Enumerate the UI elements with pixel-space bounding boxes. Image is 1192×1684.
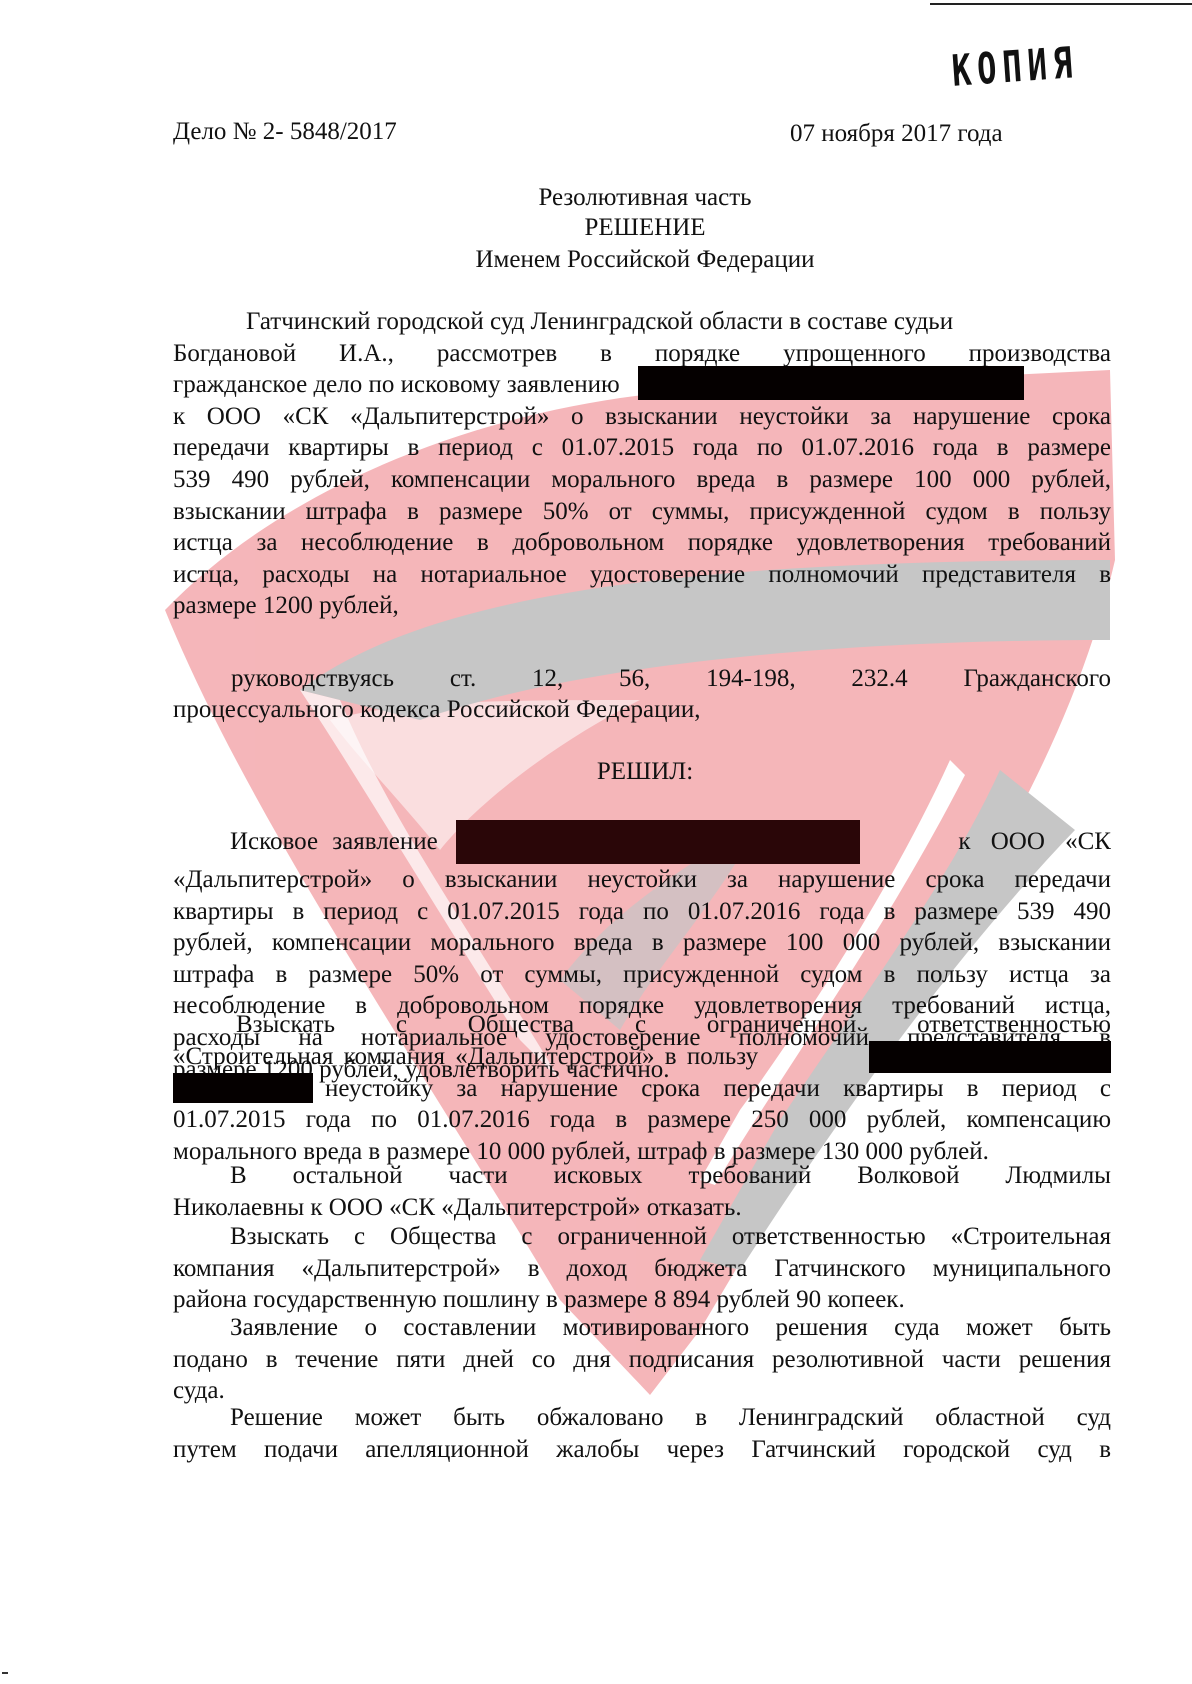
- denial-paragraph: ВостальнойчастиисковыхтребованийВолковой…: [173, 1160, 1111, 1223]
- text-line: Гатчинский городской суд Ленинградской о…: [173, 306, 1111, 338]
- text-word: 194-198,: [706, 663, 796, 694]
- text-word: остальной: [293, 1160, 403, 1192]
- text-line: взыскании штрафа в размере 50% от суммы,…: [173, 496, 1111, 528]
- document-part-label: Резолютивная часть: [0, 184, 1192, 212]
- text-line: 539 490 рублей, компенсации морального в…: [173, 464, 1111, 496]
- state-duty-paragraph: Взыскать с Общества с ограниченной ответ…: [173, 1221, 1111, 1316]
- text-word: с: [635, 1009, 646, 1041]
- text-line: компания «Дальпитерстрой» в доход бюджет…: [173, 1253, 1111, 1285]
- text-line: гражданское дело по исковому заявлению: [173, 369, 1111, 401]
- text-word: 12,: [532, 663, 563, 694]
- text-line: к ООО «СК «Дальпитерстрой» о взыскании н…: [173, 401, 1111, 433]
- text-line: «Дальпитерстрой» о взыскании неустойки з…: [173, 864, 1111, 896]
- text-word: 232.4: [851, 663, 907, 694]
- text-line: Исковое заявление к ООО «СК: [173, 820, 1111, 864]
- text-word: ст.: [450, 663, 476, 694]
- text-word: Волковой: [857, 1160, 959, 1192]
- text-word: ответственностью: [917, 1009, 1111, 1041]
- redaction-block: [638, 366, 1024, 400]
- copy-stamp: КОПИЯ: [950, 37, 1080, 97]
- redaction-block: [173, 1073, 313, 1103]
- document-text: КОПИЯ Дело № 2- 5848/2017 07 ноября 2017…: [0, 0, 1192, 1684]
- text-word: руководствуясь: [231, 663, 394, 694]
- decided-heading: РЕШИЛ:: [0, 758, 1192, 786]
- text-line: Взыскать с Общества с ограниченной ответ…: [173, 1221, 1111, 1253]
- text-word: Общества: [468, 1009, 574, 1041]
- text-line: Николаевны к ООО «СК «Дальпитерстрой» от…: [173, 1192, 1111, 1224]
- text-line: квартиры в период с 01.07.2015 года по 0…: [173, 896, 1111, 928]
- text-line: передачи квартиры в период с 01.07.2015 …: [173, 432, 1111, 464]
- text-line: процессуального кодекса Российской Федер…: [173, 694, 1111, 725]
- text-word: 56,: [619, 663, 650, 694]
- text-line: 01.07.2015 года по 01.07.2016 года в раз…: [173, 1104, 1111, 1136]
- decision-date: 07 ноября 2017 года: [790, 120, 1003, 148]
- text-line: штрафа в размере 50% от суммы, присужден…: [173, 959, 1111, 991]
- text-line: руководствуясьст.12,56,194-198,232.4Граж…: [173, 663, 1111, 694]
- text-word: Гражданского: [963, 663, 1111, 694]
- redaction-block: [869, 1041, 1111, 1073]
- text-line: ВзыскатьсОбществасограниченнойответствен…: [173, 1009, 1111, 1041]
- motivated-decision-paragraph: Заявление о составлении мотивированного …: [173, 1312, 1111, 1407]
- text-span: к ООО «СК: [860, 826, 1111, 858]
- text-line: путем подачи апелляционной жалобы через …: [173, 1434, 1111, 1466]
- text-word: В: [230, 1160, 247, 1192]
- recovery-paragraph: ВзыскатьсОбществасограниченнойответствен…: [173, 1009, 1111, 1167]
- case-number: Дело № 2- 5848/2017: [173, 118, 397, 146]
- text-line: истца за несоблюдение в добровольном пор…: [173, 527, 1111, 559]
- legal-basis-paragraph: руководствуясьст.12,56,194-198,232.4Граж…: [173, 663, 1111, 725]
- text-line: размере 1200 рублей,: [173, 590, 1111, 622]
- text-line: рублей, компенсации морального вреда в р…: [173, 927, 1111, 959]
- document-subtitle: Именем Российской Федерации: [0, 246, 1192, 274]
- text-span: гражданское дело по исковому заявлению: [173, 371, 620, 398]
- text-line: подано в течение пяти дней со дня подпис…: [173, 1344, 1111, 1376]
- redaction-block: [456, 820, 860, 864]
- appeal-paragraph: Решение может быть обжаловано в Ленингра…: [173, 1402, 1111, 1465]
- text-line: Решение может быть обжаловано в Ленингра…: [173, 1402, 1111, 1434]
- text-word: требований: [689, 1160, 812, 1192]
- text-word: Взыскать: [236, 1009, 335, 1041]
- text-span: Исковое заявление: [230, 826, 438, 858]
- text-word: Людмилы: [1005, 1160, 1111, 1192]
- document-title: РЕШЕНИЕ: [0, 214, 1192, 242]
- text-span: «Строительная компания «Дальпитерстрой» …: [173, 1041, 758, 1073]
- text-span: Гатчинский городской суд Ленинградской о…: [246, 306, 953, 338]
- text-word: части: [449, 1160, 508, 1192]
- text-span: неустойку за нарушение срока передачи кв…: [325, 1073, 1111, 1105]
- text-line: истца, расходы на нотариальное удостовер…: [173, 559, 1111, 591]
- document-page: КОПИЯ Дело № 2- 5848/2017 07 ноября 2017…: [0, 0, 1192, 1684]
- text-line: неустойку за нарушение срока передачи кв…: [173, 1073, 1111, 1105]
- text-line: Заявление о составлении мотивированного …: [173, 1312, 1111, 1344]
- text-word: ограниченной: [707, 1009, 856, 1041]
- text-line: «Строительная компания «Дальпитерстрой» …: [173, 1041, 1111, 1073]
- text-line: ВостальнойчастиисковыхтребованийВолковой…: [173, 1160, 1111, 1192]
- text-line: Богдановой И.А., рассмотрев в порядке уп…: [173, 338, 1111, 370]
- intro-paragraph: Гатчинский городской суд Ленинградской о…: [173, 306, 1111, 622]
- text-word: с: [396, 1009, 407, 1041]
- text-word: исковых: [554, 1160, 643, 1192]
